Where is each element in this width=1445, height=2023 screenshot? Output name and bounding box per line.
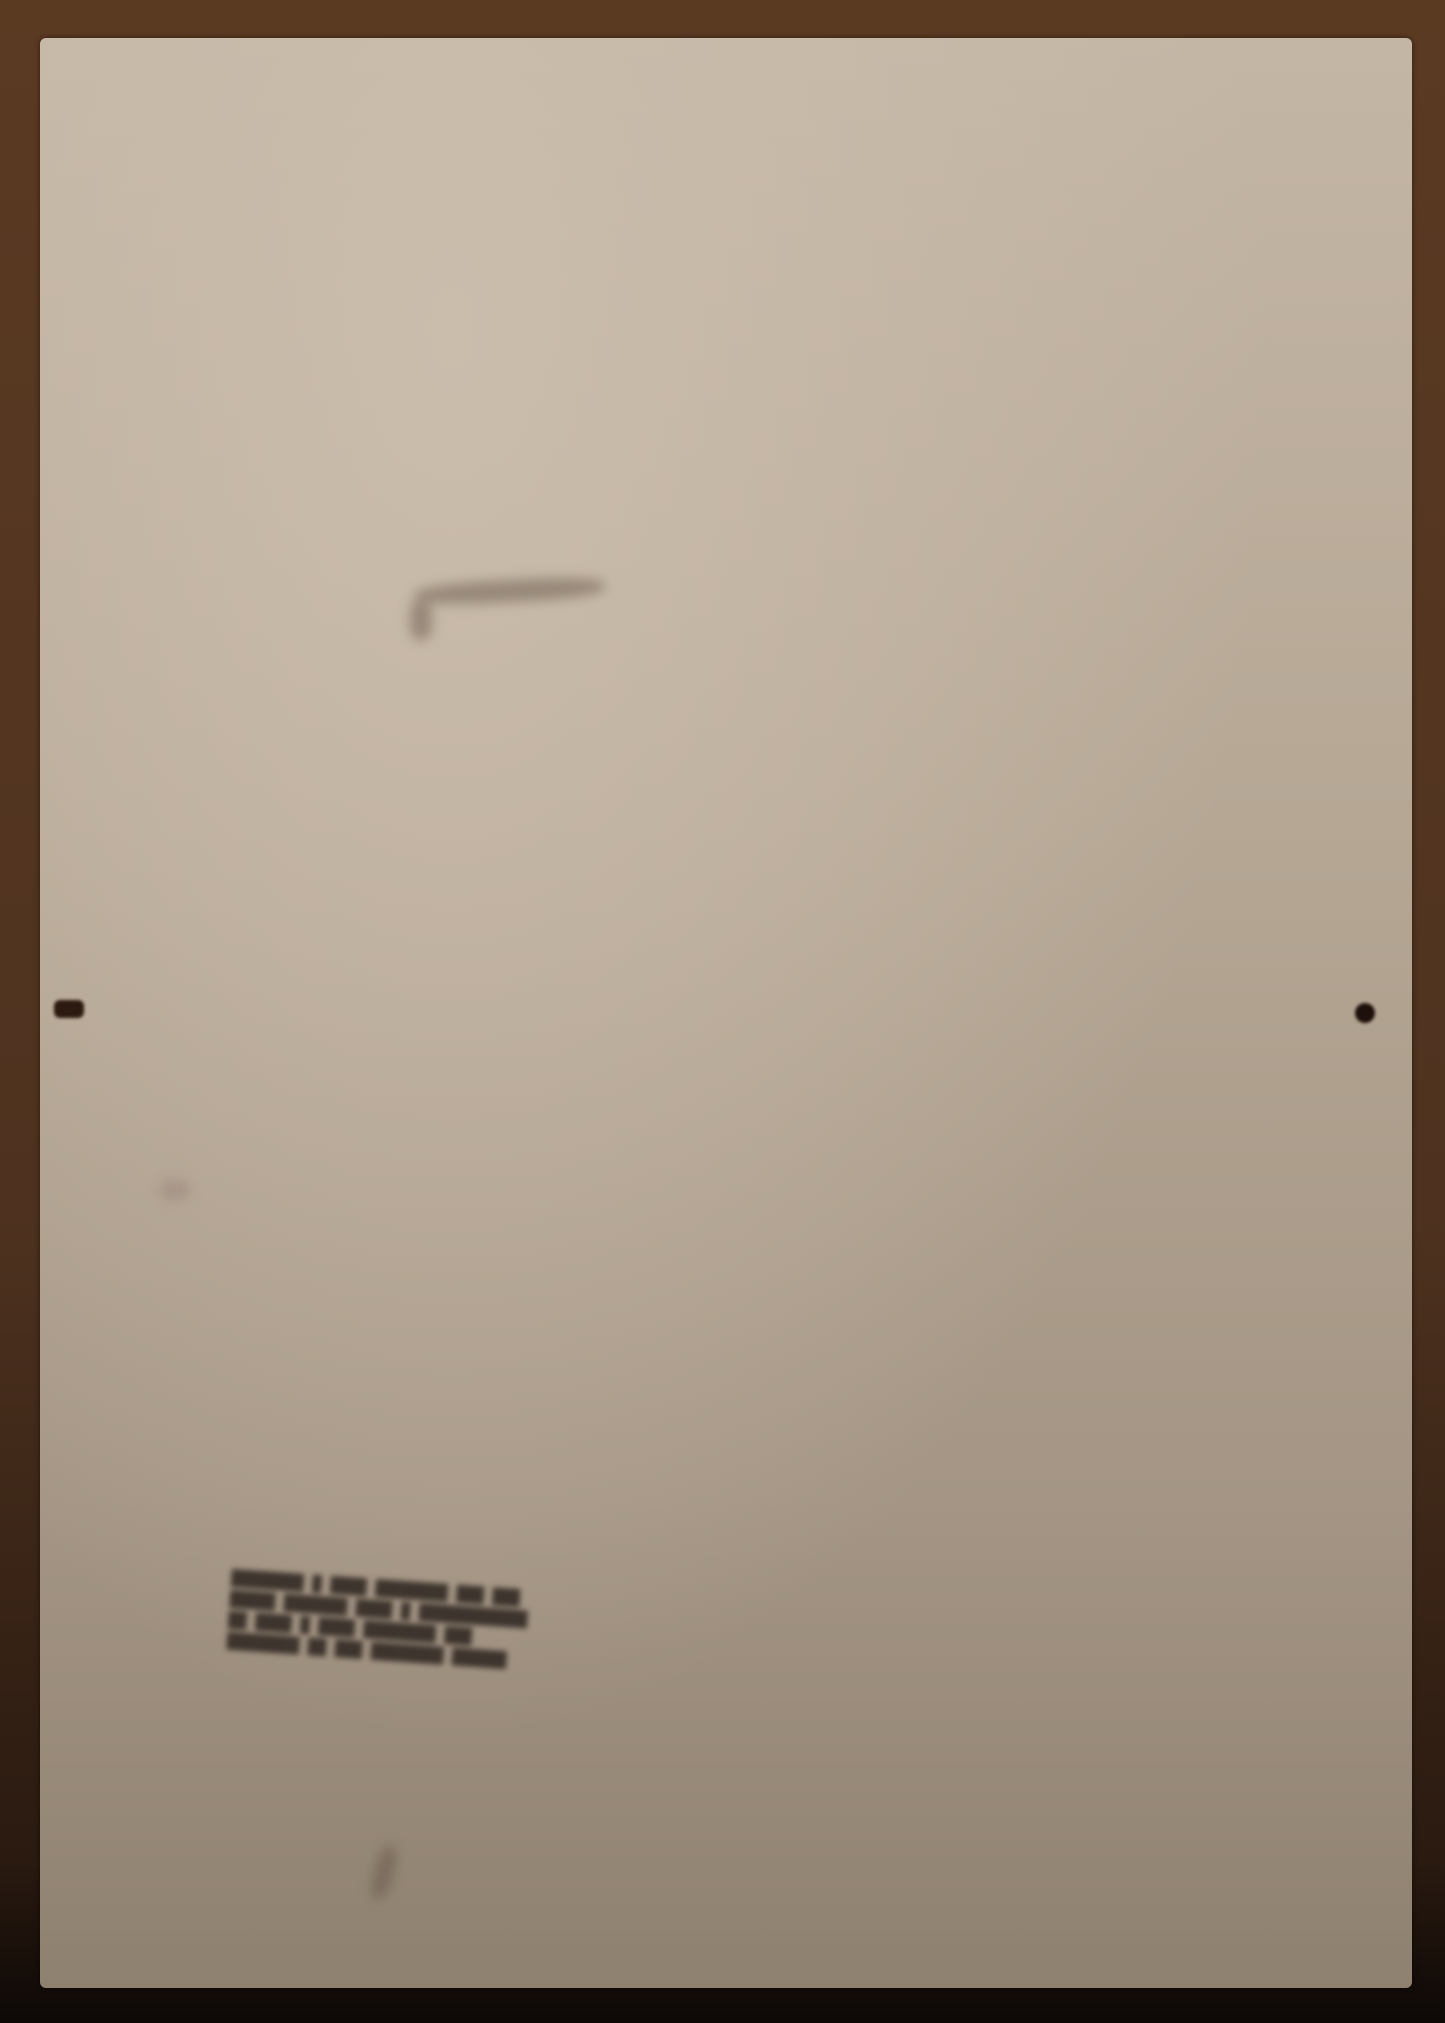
smudge-mark [410, 600, 432, 640]
paper-sheet [40, 38, 1412, 1988]
punch-hole-left [54, 1000, 84, 1018]
smudge-mark [160, 1180, 190, 1200]
punch-hole-right [1355, 1003, 1375, 1023]
